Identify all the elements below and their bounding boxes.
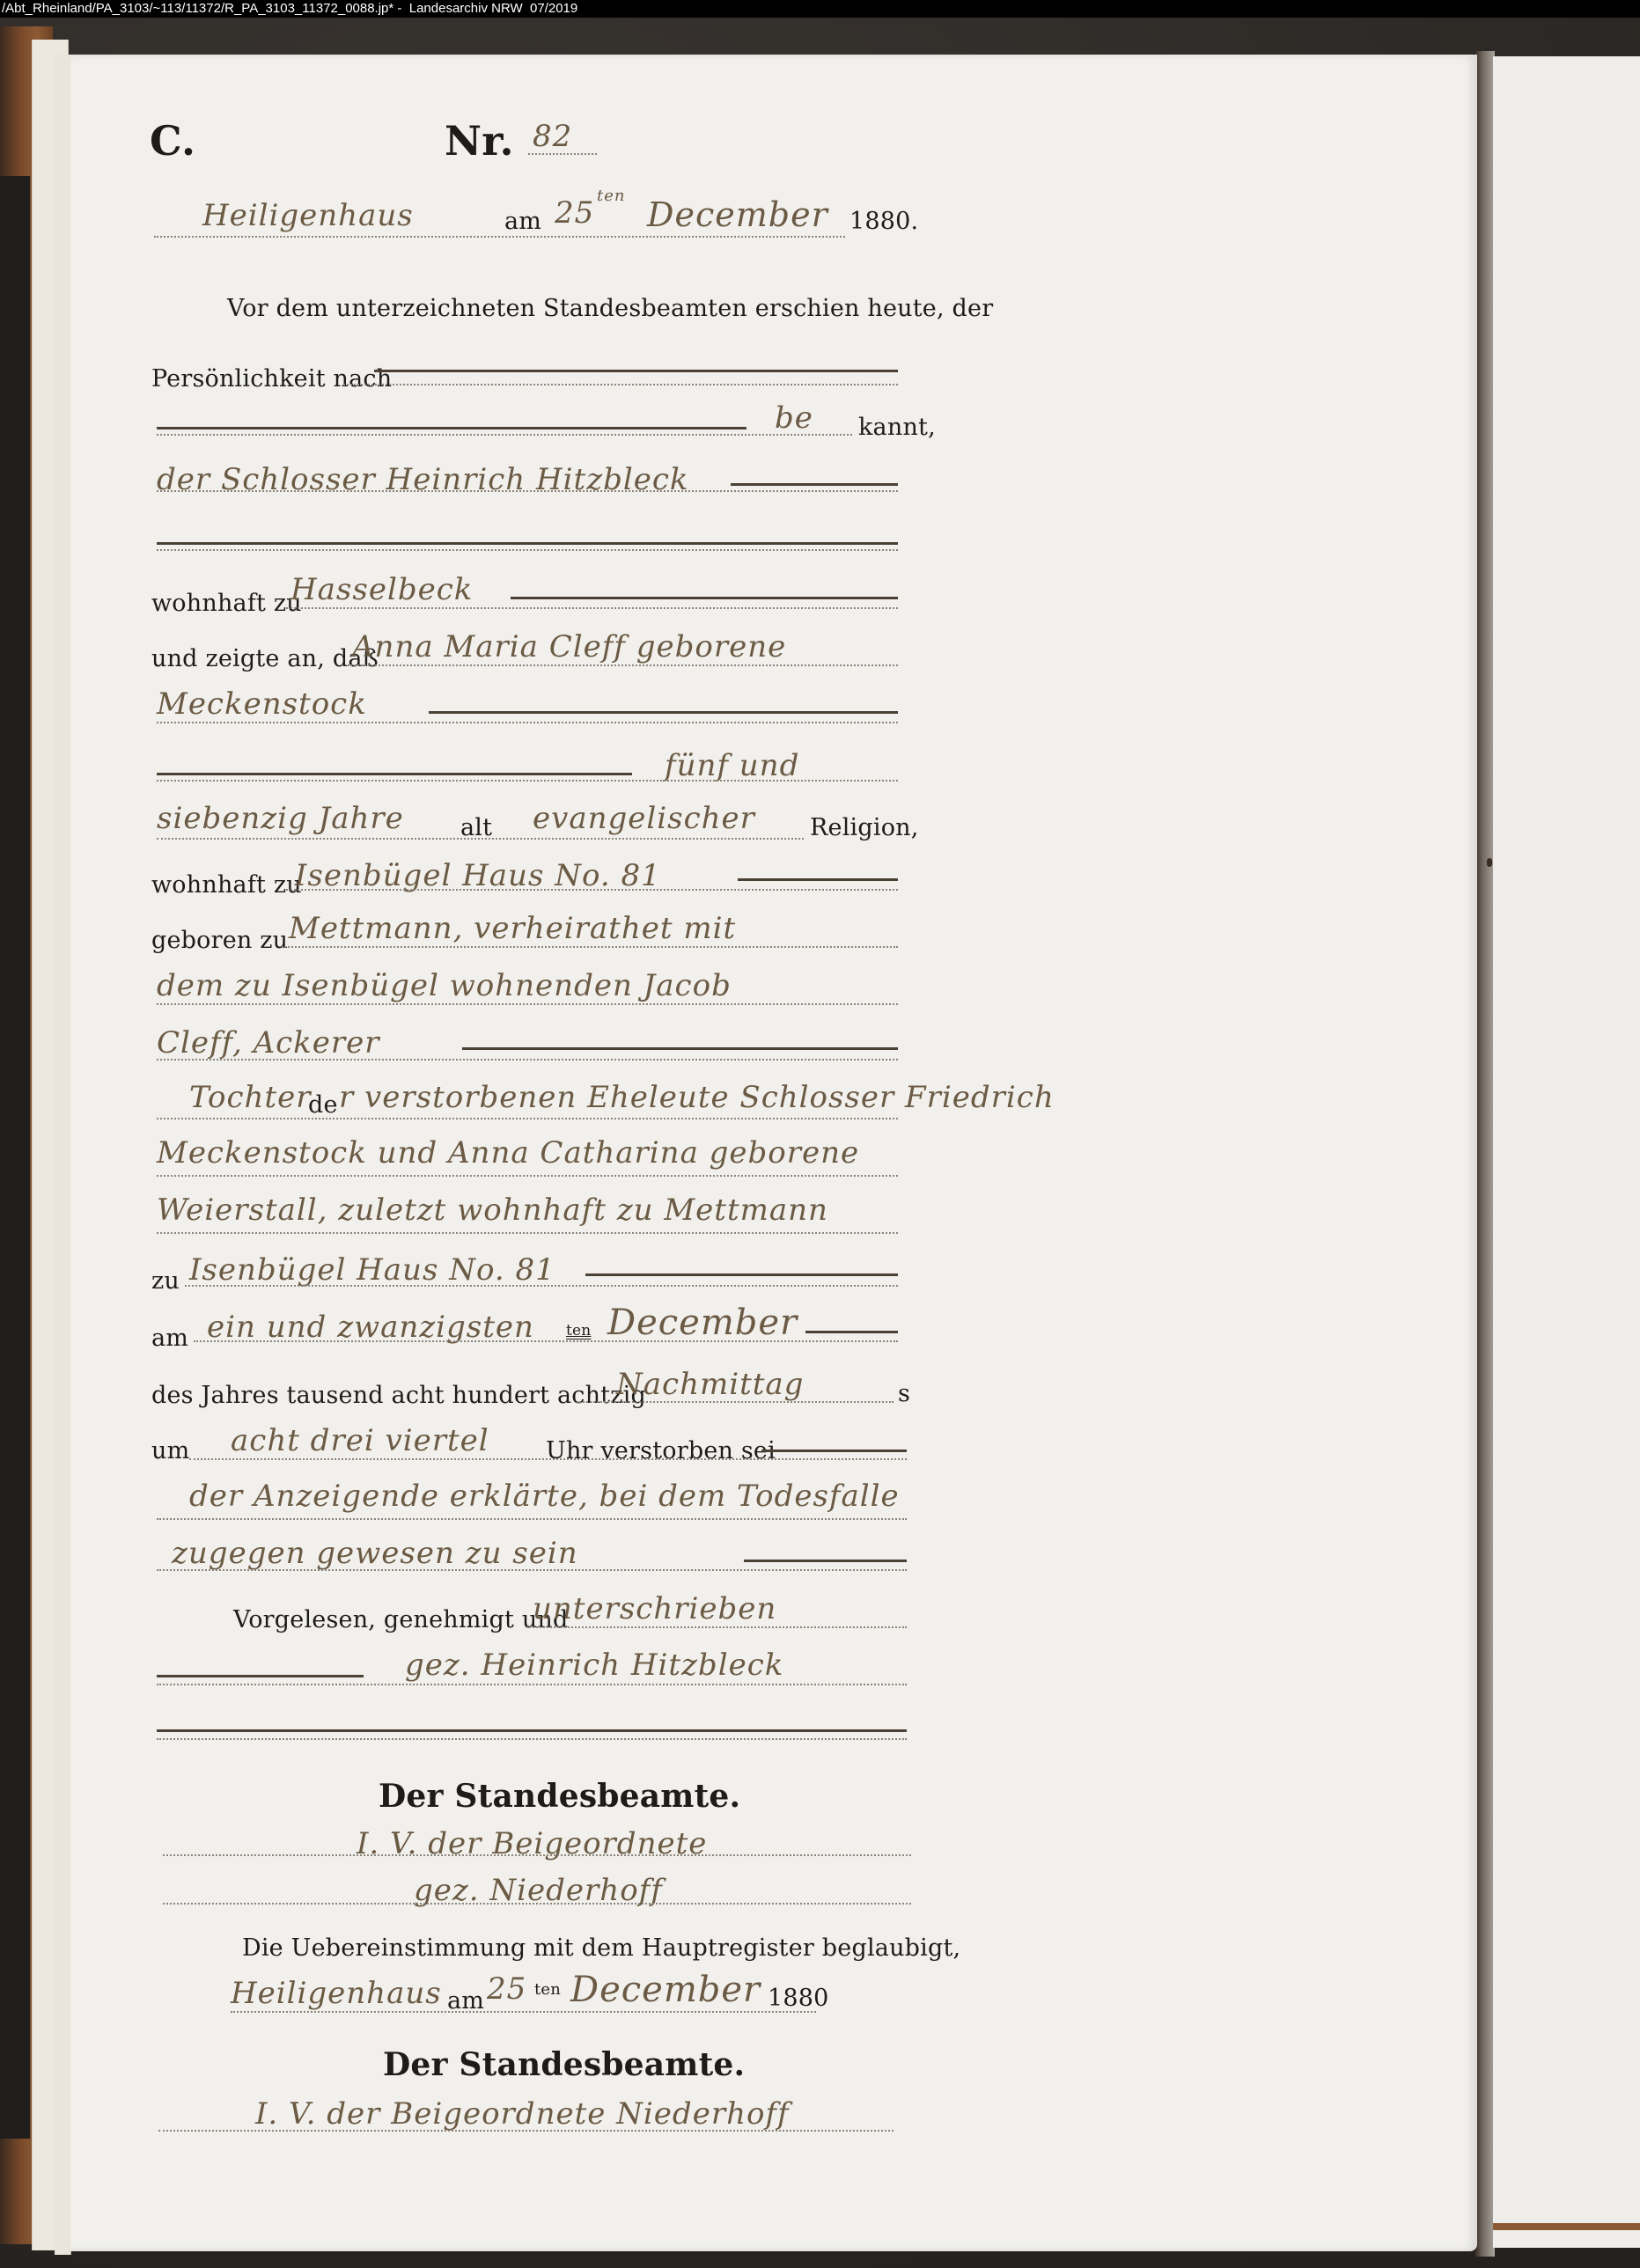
statement-line-1: der Anzeigende erklärte, bei dem Todesfa… [189,1479,900,1514]
certification-statement: Die Uebereinstimmung mit dem Hauptregist… [242,1934,960,1962]
daytime-line [577,1401,894,1403]
certification-place: Heiligenhaus [231,1976,442,2011]
certification-date-line [231,2011,816,2013]
blank-rule [805,1331,898,1333]
residence-line [286,607,898,609]
death-day-label: am [151,1325,188,1352]
certification-year: 1880 [768,1985,829,2012]
religion-label: Religion, [810,814,919,841]
death-month: December [607,1303,798,1343]
religion-line [157,838,804,840]
certification-day-suffix: ten [534,1980,561,1999]
statement-line-2-dots [157,1569,907,1571]
approved-label: Vorgelesen, genehmigt und [233,1606,568,1633]
spouse-line-2: Cleff, Ackerer [157,1025,380,1061]
certification-month: December [570,1970,761,2010]
parents-line-2: Meckenstock und Anna Catharina geborene [157,1135,859,1171]
blank-rule [157,773,632,775]
registrar-line-1 [163,1854,911,1856]
deceased-residence-line [286,889,898,891]
death-day-suffix: ten [566,1322,591,1340]
deceased-name: Anna Maria Cleff geborene [352,629,786,664]
record-number-value: 82 [533,119,572,154]
date-prefix: am [504,208,541,235]
closing-rule [157,1729,907,1732]
maiden-line [157,722,898,723]
closing-line [157,1738,907,1740]
death-place-line [185,1285,898,1287]
record-month: December [647,195,828,234]
death-place-label: zu [151,1267,180,1295]
spouse-line-1-dots [157,1003,898,1005]
spouse-line-2-dots [157,1059,898,1061]
certification-day: 25 [487,1971,526,2007]
parents-line-2-dots [157,1175,898,1177]
certification-signature: I. V. der Beigeordnete Niederhoff [255,2096,790,2132]
record-year: 1880. [849,208,918,235]
personal-line [343,384,898,385]
daytime-suffix: s [898,1380,910,1407]
deceased-line [348,664,898,666]
certification-signature-line [158,2130,894,2132]
approved-value: unterschrieben [533,1591,776,1626]
known-handwritten: be [775,400,813,436]
death-place: Isenbügel Haus No. 81 [189,1252,555,1288]
parents-printed-de: de [308,1091,338,1119]
blank-rule [157,427,746,429]
spouse-line-1: dem zu Isenbügel wohnenden Jacob [157,968,732,1003]
declarant-residence: Hasselbeck [290,572,473,607]
born-label: geboren zu [151,927,288,954]
blank-rule [761,1450,907,1452]
declarant-name: der Schlosser Heinrich Hitzbleck [157,462,689,497]
parents-line-3-dots [157,1232,898,1234]
died-label: Uhr verstorben sei [546,1437,776,1464]
blank-rule [429,711,898,714]
age-line-1 [157,780,898,782]
blank-rule [157,542,898,545]
registrar-signature-line-1: I. V. der Beigeordnete [357,1826,707,1861]
year-line: des Jahres tausend acht hundert achtzig [151,1382,646,1409]
blank-rule [157,1675,364,1677]
declarant-signature-line [157,1684,907,1685]
blank-line [157,549,898,551]
known-line [157,434,852,436]
record-number-label: Nr. [445,117,514,165]
age-part1: fünf und [665,748,799,783]
blank-rule [374,370,898,372]
cover-tear [0,176,30,2139]
record-day-suffix: ten [597,187,625,205]
born-line: Mettmann, verheirathet mit [289,911,736,946]
statement-line-2: zugegen gewesen zu sein [172,1536,578,1571]
registrar-line-2 [163,1903,911,1905]
blank-rule [738,878,898,881]
statement-line-1-dots [157,1518,907,1520]
age-part2: siebenzig Jahre [157,801,404,836]
religion-value: evangelischer [533,801,755,836]
reported-label: und zeigte an, daß [151,645,379,672]
page-stack-edge-inner [55,55,71,2255]
personal-label: Persönlichkeit nach [151,365,392,393]
time-label: um [151,1437,189,1464]
binding-thread [1487,858,1492,867]
image-path-caption: /Abt_Rheinland/PA_3103/~113/11372/R_PA_3… [0,0,1640,18]
death-day: ein und zwanzigsten [207,1310,534,1345]
born-line-dots [282,946,898,948]
blank-rule [462,1047,898,1050]
book-gutter [1475,51,1495,2257]
record-day: 25 [555,195,594,231]
daytime: Nachmittag [616,1367,804,1402]
deceased-maiden: Meckenstock [157,686,367,722]
place-date-line [154,236,845,238]
resident-label: wohnhaft zu [151,590,302,617]
parents-tochter: Tochter [189,1080,311,1115]
approved-line [526,1626,907,1628]
certification-title: Der Standesbeamte. [383,2046,745,2083]
record-place: Heiligenhaus [202,198,414,233]
death-date-line [194,1340,898,1342]
deceased-resident-label: wohnhaft zu [151,871,302,899]
blank-rule [585,1273,898,1276]
declarant-line [157,490,898,492]
parents-line-1-dots [157,1118,898,1119]
blank-rule [511,597,898,599]
time-value: acht drei viertel [231,1423,489,1458]
facing-page-edge [1493,2223,1640,2230]
parents-line-3: Weierstall, zuletzt wohnhaft zu Mettmann [157,1193,828,1228]
known-label: kannt, [858,414,936,441]
facing-page [1493,56,1640,2248]
number-line [528,153,597,155]
series-letter: C. [150,117,195,165]
blank-rule [731,483,898,486]
intro-line: Vor dem unterzeichneten Standesbeamten e… [227,295,993,322]
declarant-signature: gez. Heinrich Hitzbleck [405,1648,783,1683]
deceased-residence: Isenbügel Haus No. 81 [295,858,661,893]
registrar-title: Der Standesbeamte. [379,1778,740,1815]
blank-rule [744,1560,907,1562]
parents-line-1: r verstorbenen Eheleute Schlosser Friedr… [339,1080,1055,1115]
time-line [189,1458,907,1460]
